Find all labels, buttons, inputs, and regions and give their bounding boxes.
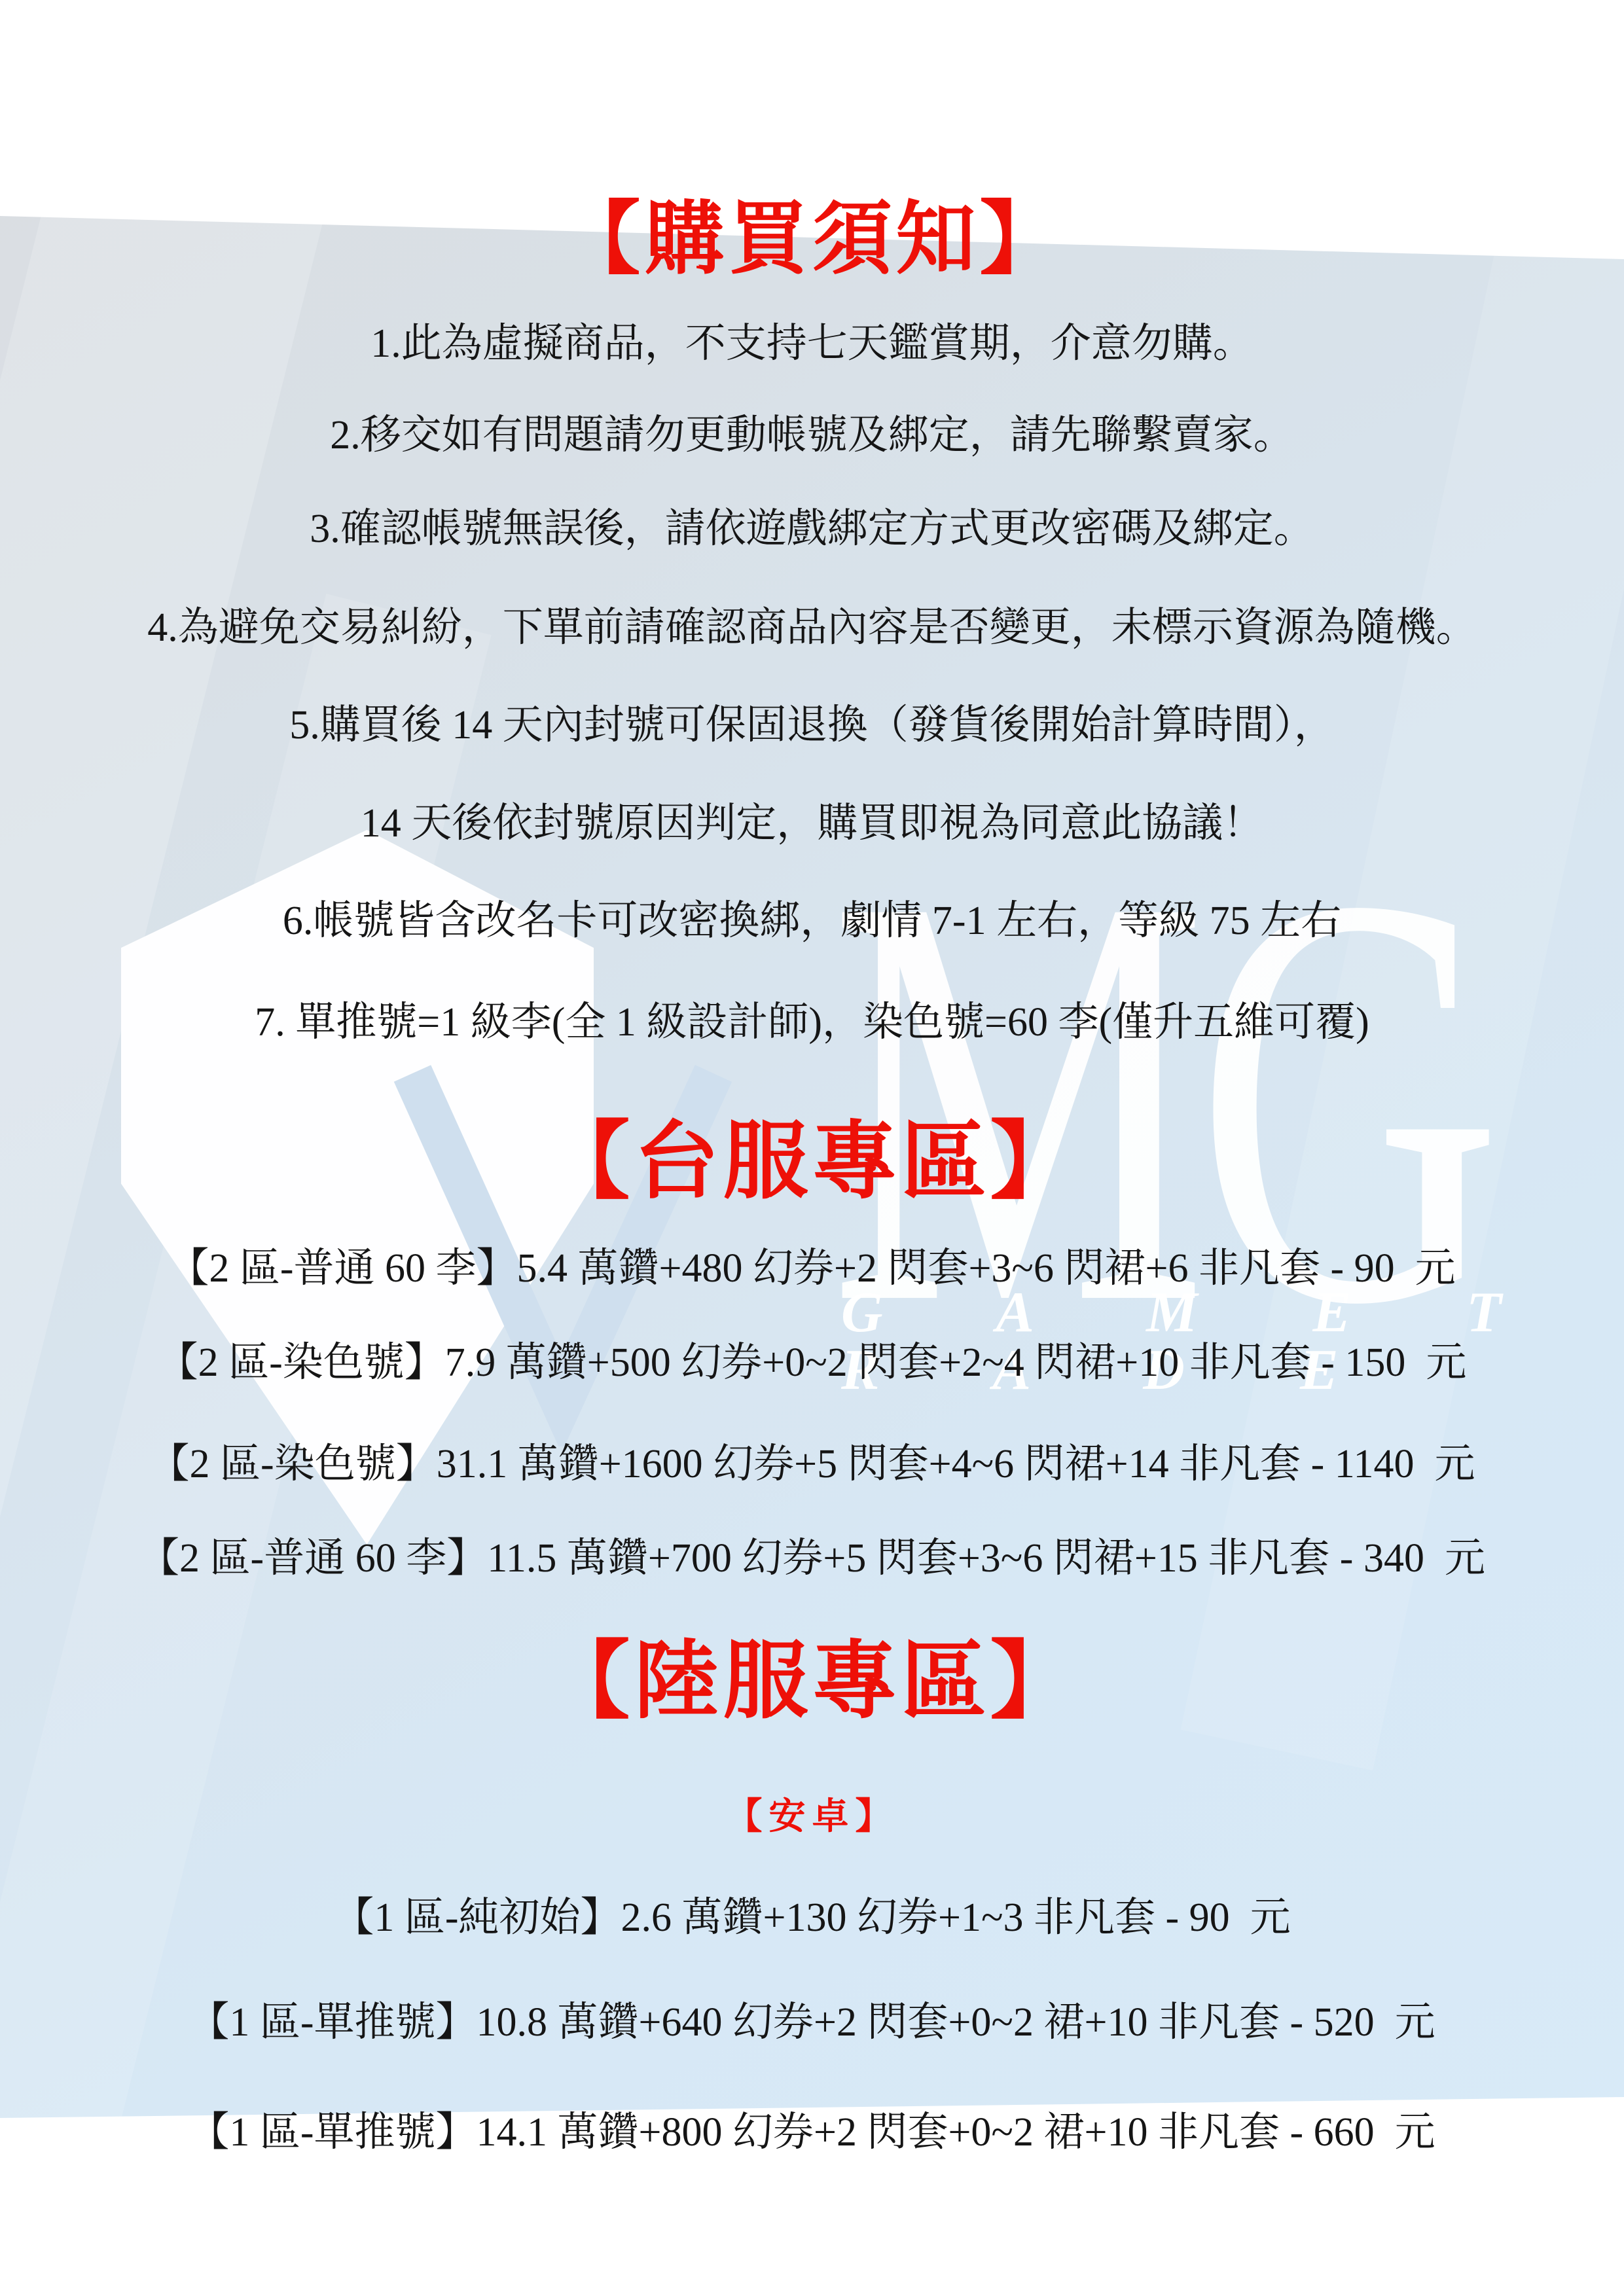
notice-line-3: 3.確認帳號無誤後，請依遊戲綁定方式更改密碼及綁定。: [0, 503, 1624, 555]
notice-line-7: 7. 單推號=1 級李(全 1 級設計師)，染色號=60 李(僅升五維可覆): [0, 996, 1624, 1049]
notice-line-5: 5.購買後 14 天內封號可保固退換（發貨後開始計算時間），: [0, 699, 1624, 751]
section-heading-taiwan: 【台服專區】: [0, 1107, 1624, 1218]
listing-page: MG G A M E T R A D E 【購買須知】 1.此為虛擬商品，不支持…: [0, 0, 1624, 2296]
product-line-tw-3: 【2 區-染色號】31.1 萬鑽+1600 幻券+5 閃套+4~6 閃裙+14 …: [0, 1438, 1624, 1490]
product-line-tw-4: 【2 區-普通 60 李】11.5 萬鑽+700 幻券+5 閃套+3~6 閃裙+…: [0, 1532, 1624, 1585]
notice-line-5b: 14 天後依封號原因判定，購買即視為同意此協議！: [0, 797, 1624, 850]
product-line-tw-2: 【2 區-染色號】7.9 萬鑽+500 幻券+0~2 閃套+2~4 閃裙+10 …: [0, 1336, 1624, 1389]
product-line-cn-2: 【1 區-單推號】10.8 萬鑽+640 幻券+2 閃套+0~2 裙+10 非凡…: [0, 1996, 1624, 2049]
notice-line-4: 4.為避免交易糾紛，下單前請確認商品內容是否變更，未標示資源為隨機。: [0, 601, 1624, 654]
subheading-android: 【安卓】: [0, 1793, 1624, 1840]
notice-line-1: 1.此為虛擬商品，不支持七天鑑賞期，介意勿購。: [0, 317, 1624, 370]
product-line-cn-3: 【1 區-單推號】14.1 萬鑽+800 幻券+2 閃套+0~2 裙+10 非凡…: [0, 2106, 1624, 2159]
notice-line-6: 6.帳號皆含改名卡可改密換綁，劇情 7-1 左右，等級 75 左右: [0, 895, 1624, 947]
page-title: 【購買須知】: [0, 191, 1624, 289]
product-line-tw-1: 【2 區-普通 60 李】5.4 萬鑽+480 幻券+2 閃套+3~6 閃裙+6…: [0, 1242, 1624, 1295]
notice-line-2: 2.移交如有問題請勿更動帳號及綁定，請先聯繫賣家。: [0, 409, 1624, 461]
product-line-cn-1: 【1 區-純初始】2.6 萬鑽+130 幻券+1~3 非凡套 - 90 元: [0, 1892, 1624, 1944]
section-heading-china: 【陸服專區】: [0, 1626, 1624, 1738]
